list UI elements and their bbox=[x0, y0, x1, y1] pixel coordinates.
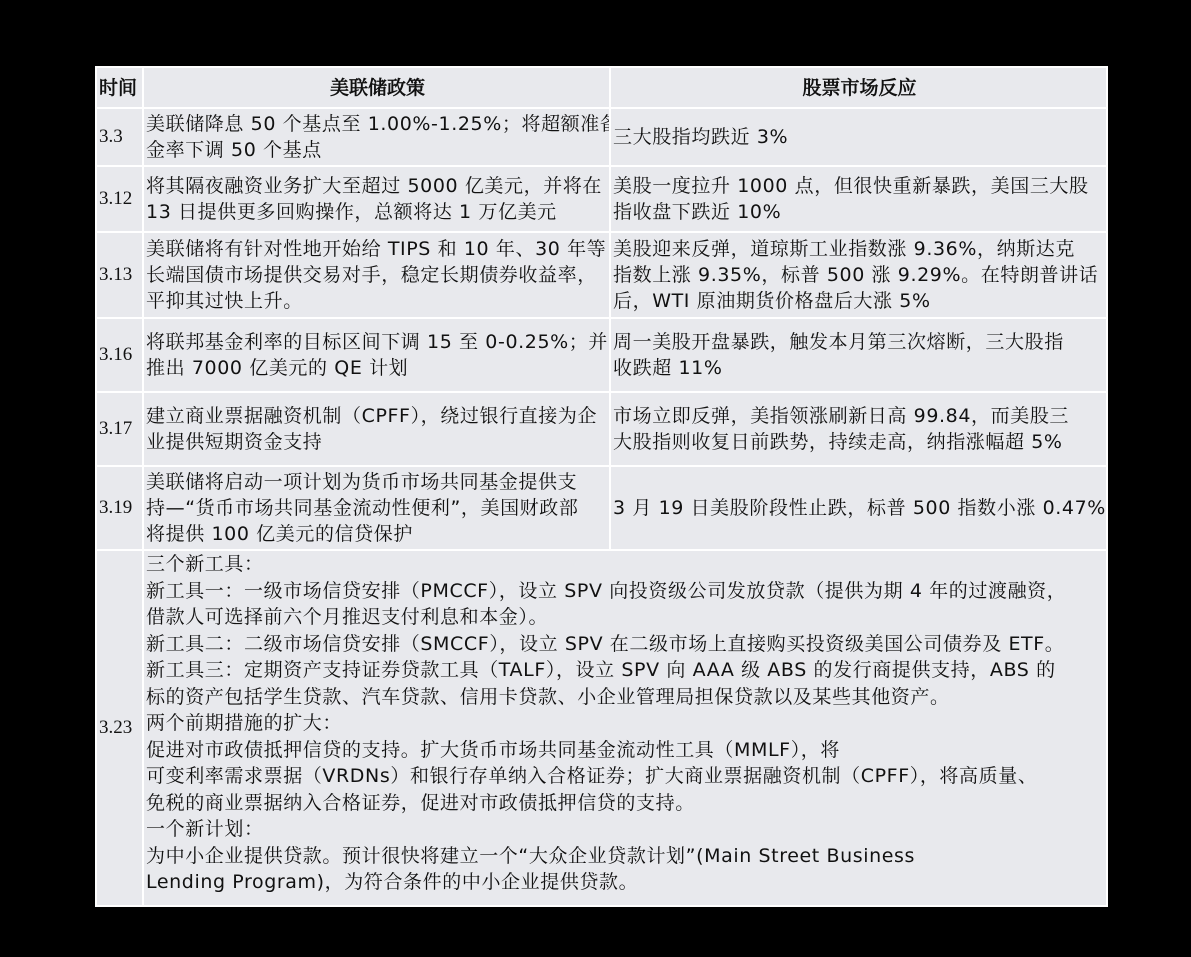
date-cell: 3.23 bbox=[96, 550, 143, 906]
market-line: 美股一度拉升 1000 点，但很快重新暴跌，美国三大股 bbox=[613, 173, 1106, 199]
market-cell: 三大股指均跌近 3% bbox=[610, 108, 1107, 166]
market-line: 美股迎来反弹，道琼斯工业指数涨 9.36%，纳斯达克 bbox=[613, 236, 1106, 262]
policy-cell: 建立商业票据融资机制（CPFF），绕过银行直接为企 业提供短期资金支持 bbox=[143, 392, 610, 466]
table-row: 3.16 将联邦基金利率的目标区间下调 15 至 0-0.25%；并 推出 70… bbox=[96, 318, 1107, 392]
policy-line: Lending Program)，为符合条件的中小企业提供贷款。 bbox=[146, 869, 1106, 896]
table-row: 3.19 美联储将启动一项计划为货币市场共同基金提供支 持—“货币市场共同基金流… bbox=[96, 466, 1107, 550]
policy-line: 借款人可选择前六个月推迟支付利息和本金）。 bbox=[146, 604, 1106, 631]
header-market: 股票市场反应 bbox=[610, 67, 1107, 108]
policy-line: 建立商业票据融资机制（CPFF），绕过银行直接为企 bbox=[146, 403, 609, 429]
market-line: 后，WTI 原油期货价格盘后大涨 5% bbox=[613, 288, 1106, 314]
table-row: 3.17 建立商业票据融资机制（CPFF），绕过银行直接为企 业提供短期资金支持… bbox=[96, 392, 1107, 466]
date-cell: 3.3 bbox=[96, 108, 143, 166]
policy-line: 新工具一：一级市场信贷安排（PMCCF），设立 SPV 向投资级公司发放贷款（提… bbox=[146, 578, 1106, 605]
policy-line: 美联储将有针对性地开始给 TIPS 和 10 年、30 年等 bbox=[146, 236, 609, 262]
policy-line: 业提供短期资金支持 bbox=[146, 429, 609, 455]
page: 时间 美联储政策 股票市场反应 3.3 美联储降息 50 个基点至 1.00%-… bbox=[0, 0, 1191, 957]
policy-line: 为中小企业提供贷款。预计很快将建立一个“大众企业贷款计划”(Main Stree… bbox=[146, 843, 1106, 870]
policy-line: 标的资产包括学生贷款、汽车贷款、信用卡贷款、小企业管理局担保贷款以及某些其他资产… bbox=[146, 684, 1106, 711]
policy-line: 可变利率需求票据（VRDNs）和银行存单纳入合格证券；扩大商业票据融资机制（CP… bbox=[146, 763, 1106, 790]
policy-cell: 将其隔夜融资业务扩大至超过 5000 亿美元，并将在 13 日提供更多回购操作，… bbox=[143, 166, 610, 232]
market-line: 市场立即反弹，美指领涨刷新日高 99.84，而美股三 bbox=[613, 403, 1106, 429]
market-line: 指数上涨 9.35%，标普 500 涨 9.29%。在特朗普讲话 bbox=[613, 262, 1106, 288]
combined-policy-cell: 三个新工具： 新工具一：一级市场信贷安排（PMCCF），设立 SPV 向投资级公… bbox=[143, 550, 1107, 906]
market-line: 收跌超 11% bbox=[613, 355, 1106, 381]
header-time: 时间 bbox=[96, 67, 143, 108]
market-line: 周一美股开盘暴跌，触发本月第三次熔断，三大股指 bbox=[613, 329, 1106, 355]
section-heading-new-tools: 三个新工具： bbox=[146, 551, 1106, 578]
policy-line: 将其隔夜融资业务扩大至超过 5000 亿美元，并将在 bbox=[146, 173, 609, 199]
policy-cell: 美联储降息 50 个基点至 1.00%-1.25%；将超额准备 金率下调 50 … bbox=[143, 108, 610, 166]
date-cell: 3.17 bbox=[96, 392, 143, 466]
market-cell: 市场立即反弹，美指领涨刷新日高 99.84，而美股三 大股指则收复日前跌势，持续… bbox=[610, 392, 1107, 466]
market-line: 指收盘下跌近 10% bbox=[613, 199, 1106, 225]
market-line: 三大股指均跌近 3% bbox=[613, 124, 1106, 150]
policy-line: 13 日提供更多回购操作，总额将达 1 万亿美元 bbox=[146, 199, 609, 225]
policy-line: 持—“货币市场共同基金流动性便利”，美国财政部 bbox=[146, 495, 609, 521]
table-row: 3.23 三个新工具： 新工具一：一级市场信贷安排（PMCCF），设立 SPV … bbox=[96, 550, 1107, 906]
policy-cell: 美联储将有针对性地开始给 TIPS 和 10 年、30 年等 长端国债市场提供交… bbox=[143, 232, 610, 318]
market-cell: 3 月 19 日美股阶段性止跌，标普 500 指数小涨 0.47%。 bbox=[610, 466, 1107, 550]
policy-line: 新工具二：二级市场信贷安排（SMCCF），设立 SPV 在二级市场上直接购买投资… bbox=[146, 631, 1106, 658]
policy-cell: 将联邦基金利率的目标区间下调 15 至 0-0.25%；并 推出 7000 亿美… bbox=[143, 318, 610, 392]
header-policy: 美联储政策 bbox=[143, 67, 610, 108]
date-cell: 3.12 bbox=[96, 166, 143, 232]
market-cell: 美股迎来反弹，道琼斯工业指数涨 9.36%，纳斯达克 指数上涨 9.35%，标普… bbox=[610, 232, 1107, 318]
market-cell: 周一美股开盘暴跌，触发本月第三次熔断，三大股指 收跌超 11% bbox=[610, 318, 1107, 392]
policy-line: 长端国债市场提供交易对手，稳定长期债券收益率， bbox=[146, 262, 609, 288]
policy-line: 将提供 100 亿美元的信贷保护 bbox=[146, 521, 609, 547]
policy-line: 金率下调 50 个基点 bbox=[146, 137, 609, 163]
market-line: 大股指则收复日前跌势，持续走高，纳指涨幅超 5% bbox=[613, 429, 1106, 455]
policy-line: 新工具三：定期资产支持证券贷款工具（TALF），设立 SPV 向 AAA 级 A… bbox=[146, 657, 1106, 684]
policy-line: 平抑其过快上升。 bbox=[146, 288, 609, 314]
section-heading-expansions: 两个前期措施的扩大： bbox=[146, 710, 1106, 737]
policy-line: 美联储将启动一项计划为货币市场共同基金提供支 bbox=[146, 469, 609, 495]
table-row: 3.12 将其隔夜融资业务扩大至超过 5000 亿美元，并将在 13 日提供更多… bbox=[96, 166, 1107, 232]
table-row: 3.13 美联储将有针对性地开始给 TIPS 和 10 年、30 年等 长端国债… bbox=[96, 232, 1107, 318]
policy-line: 促进对市政债抵押信贷的支持。扩大货币市场共同基金流动性工具（MMLF），将 bbox=[146, 737, 1106, 764]
policy-line: 美联储降息 50 个基点至 1.00%-1.25%；将超额准备 bbox=[146, 111, 609, 137]
date-cell: 3.16 bbox=[96, 318, 143, 392]
table-row: 3.3 美联储降息 50 个基点至 1.00%-1.25%；将超额准备 金率下调… bbox=[96, 108, 1107, 166]
policy-line: 推出 7000 亿美元的 QE 计划 bbox=[146, 355, 609, 381]
policy-cell: 美联储将启动一项计划为货币市场共同基金提供支 持—“货币市场共同基金流动性便利”… bbox=[143, 466, 610, 550]
market-cell: 美股一度拉升 1000 点，但很快重新暴跌，美国三大股 指收盘下跌近 10% bbox=[610, 166, 1107, 232]
fed-policy-table: 时间 美联储政策 股票市场反应 3.3 美联储降息 50 个基点至 1.00%-… bbox=[95, 66, 1108, 907]
policy-line: 将联邦基金利率的目标区间下调 15 至 0-0.25%；并 bbox=[146, 329, 609, 355]
market-line: 3 月 19 日美股阶段性止跌，标普 500 指数小涨 0.47%。 bbox=[613, 495, 1106, 521]
table-header-row: 时间 美联储政策 股票市场反应 bbox=[96, 67, 1107, 108]
section-heading-new-plan: 一个新计划： bbox=[146, 816, 1106, 843]
date-cell: 3.19 bbox=[96, 466, 143, 550]
policy-line: 免税的商业票据纳入合格证券，促进对市政债抵押信贷的支持。 bbox=[146, 790, 1106, 817]
date-cell: 3.13 bbox=[96, 232, 143, 318]
